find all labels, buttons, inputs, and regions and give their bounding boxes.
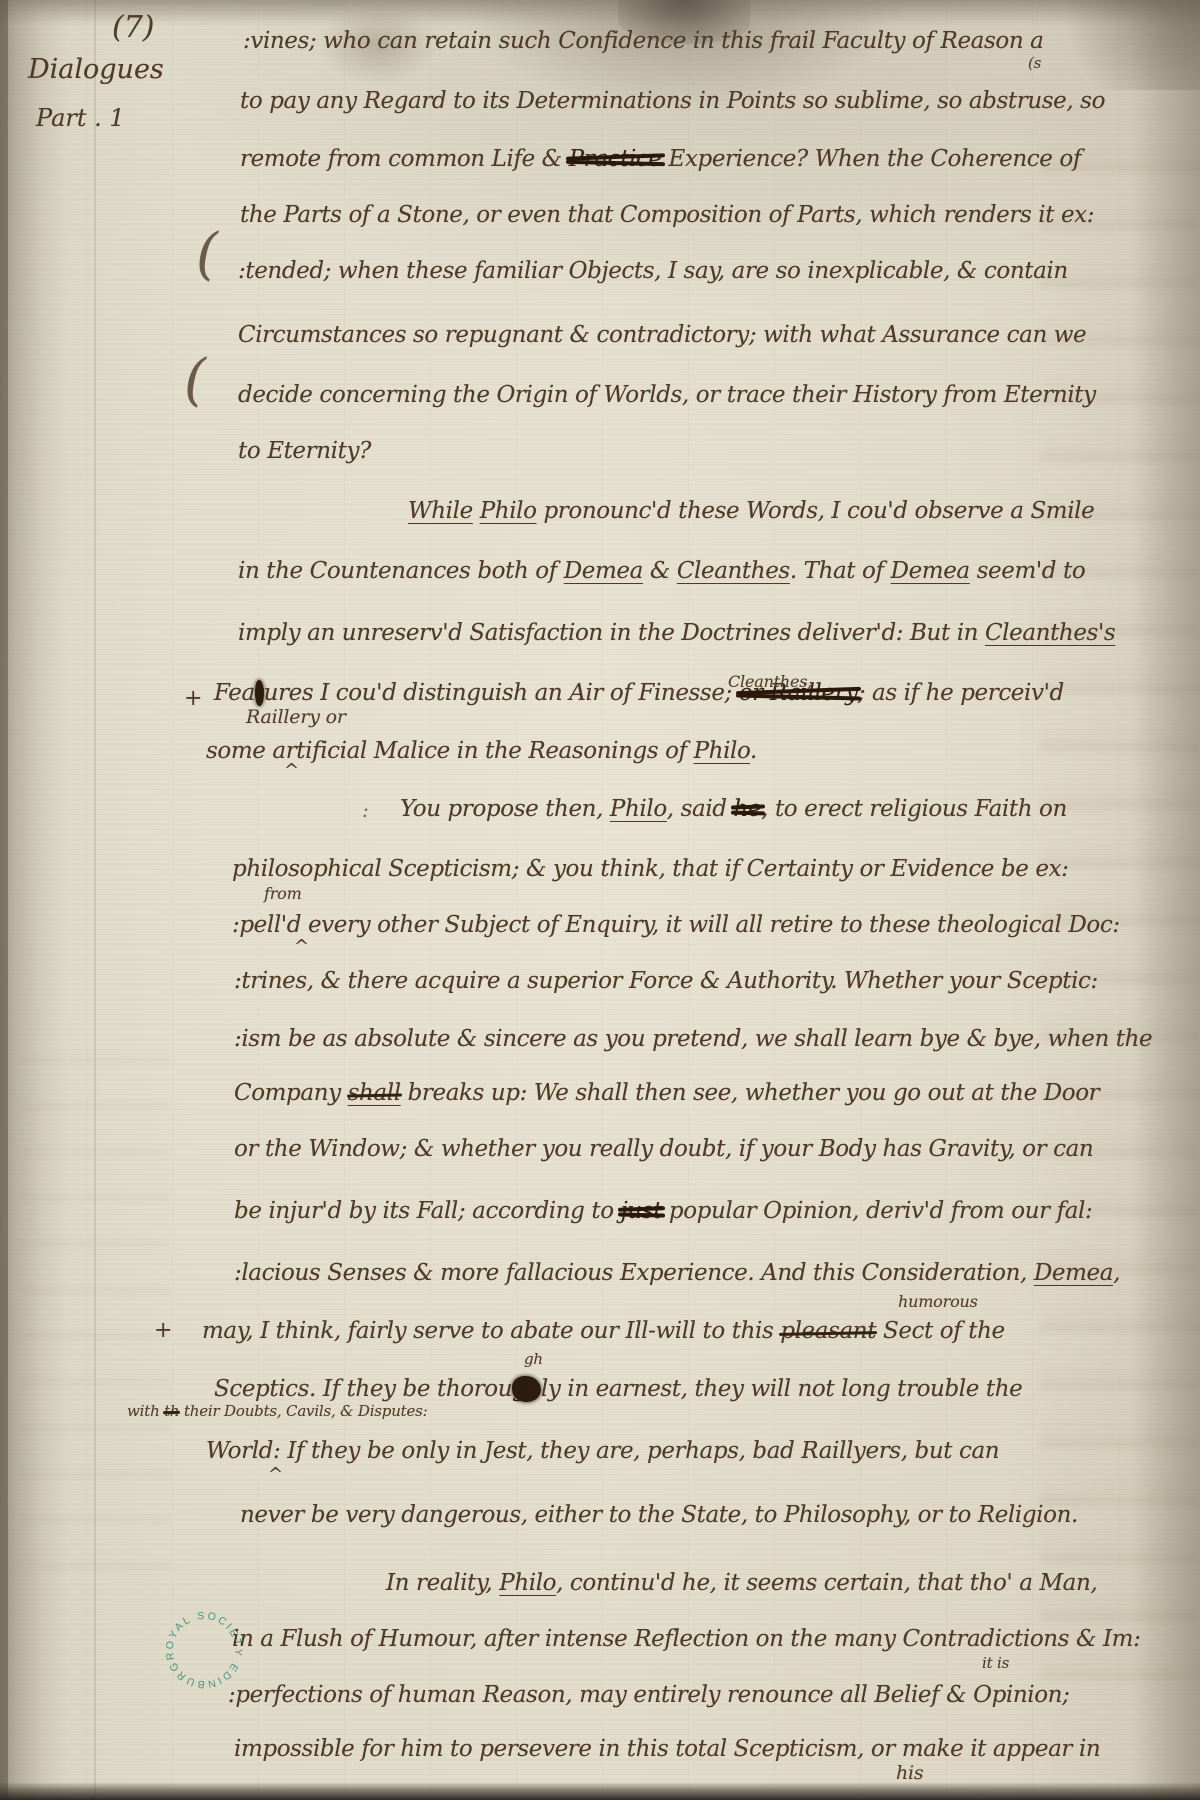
manuscript-line: :pell'd every other Subject of Enquiry, …: [232, 912, 1120, 938]
interlinear-note: with th their Doubts, Cavils, & Disputes…: [127, 1402, 428, 1420]
margin-mark: :: [362, 798, 369, 822]
manuscript-page: (7) Dialogues Part . 1 :vines; who can r…: [0, 0, 1200, 1800]
interlinear-note: (s: [1028, 54, 1041, 72]
manuscript-line: :perfections of human Reason, may entire…: [228, 1682, 1069, 1708]
manuscript-line: remote from common Life & Practice Exper…: [240, 146, 1081, 172]
manuscript-line: or the Window; & whether you really doub…: [234, 1136, 1093, 1162]
manuscript-line: World: If they be only in Jest, they are…: [206, 1438, 999, 1464]
manuscript-line: :tended; when these familiar Objects, I …: [238, 258, 1068, 284]
manuscript-line: never be very dangerous, either to the S…: [240, 1502, 1078, 1528]
manuscript-line: the Parts of a Stone, or even that Compo…: [240, 202, 1094, 228]
margin-mark: ^: [284, 760, 299, 781]
ink-bleed-through: [20, 1050, 170, 1570]
interlinear-note: gh: [524, 1350, 543, 1368]
margin-mark: ^: [294, 936, 309, 957]
manuscript-line: be injur'd by its Fall; according to jus…: [234, 1198, 1092, 1224]
manuscript-line: In reality, Philo, continu'd he, it seem…: [386, 1570, 1097, 1596]
ink-bleed-through: [1040, 120, 1200, 1680]
interlinear-note: Cleanthes,: [728, 672, 812, 691]
interlinear-note: humorous: [898, 1292, 978, 1311]
interlinear-note: from: [264, 884, 302, 903]
manuscript-line: in the Countenances both of Demea & Clea…: [238, 558, 1085, 584]
stamp-text: ROYAL SOCIETY EDINBURGH: [138, 1584, 254, 1705]
interlinear-note: Raillery or: [246, 706, 346, 728]
margin-mark: ^: [268, 1464, 283, 1485]
manuscript-line: in a Flush of Humour, after intense Refl…: [232, 1626, 1140, 1652]
manuscript-line: philosophical Scepticism; & you think, t…: [232, 856, 1069, 882]
manuscript-line: You propose then, Philo, said he, to ere…: [400, 796, 1067, 822]
manuscript-line: :trines, & there acquire a superior Forc…: [234, 968, 1098, 994]
manuscript-line: :lacious Senses & more fallacious Experi…: [234, 1260, 1120, 1286]
margin-mark: +: [184, 686, 202, 711]
manuscript-line: decide concerning the Origin of Worlds, …: [238, 382, 1096, 408]
manuscript-line: While Philo pronounc'd these Words, I co…: [408, 498, 1094, 524]
margin-mark: (: [196, 222, 218, 287]
manuscript-line: :vines; who can retain such Confidence i…: [243, 28, 1043, 54]
manuscript-line: :ism be as absolute & sincere as you pre…: [234, 1026, 1152, 1052]
margin-mark: +: [154, 1318, 172, 1343]
interlinear-note: it is: [982, 1654, 1009, 1672]
manuscript-line: Sceptics. If they be thoroughly in earne…: [214, 1376, 1022, 1402]
manuscript-line: to pay any Regard to its Determinations …: [240, 88, 1105, 114]
binding-edge: [0, 0, 8, 1800]
manuscript-line: Company shall breaks up: We shall then s…: [234, 1080, 1099, 1106]
margin-title: Dialogues: [28, 54, 164, 85]
margin-part-label: Part . 1: [36, 104, 125, 132]
manuscript-line: Features I cou'd distinguish an Air of F…: [214, 680, 1064, 706]
manuscript-line: imply an unreserv'd Satisfaction in the …: [238, 620, 1115, 646]
page-number: (7): [112, 10, 155, 45]
manuscript-line: Circumstances so repugnant & contradicto…: [238, 322, 1086, 348]
manuscript-line: may, I think, fairly serve to abate our …: [202, 1318, 1005, 1344]
page-bottom-edge-shadow: [0, 1782, 1200, 1800]
interlinear-note: his: [896, 1762, 923, 1784]
manuscript-line: impossible for him to persevere in this …: [234, 1736, 1100, 1762]
margin-mark: (: [184, 348, 206, 413]
manuscript-line: to Eternity?: [238, 438, 371, 464]
page-top-edge-shadow: [0, 0, 1200, 26]
